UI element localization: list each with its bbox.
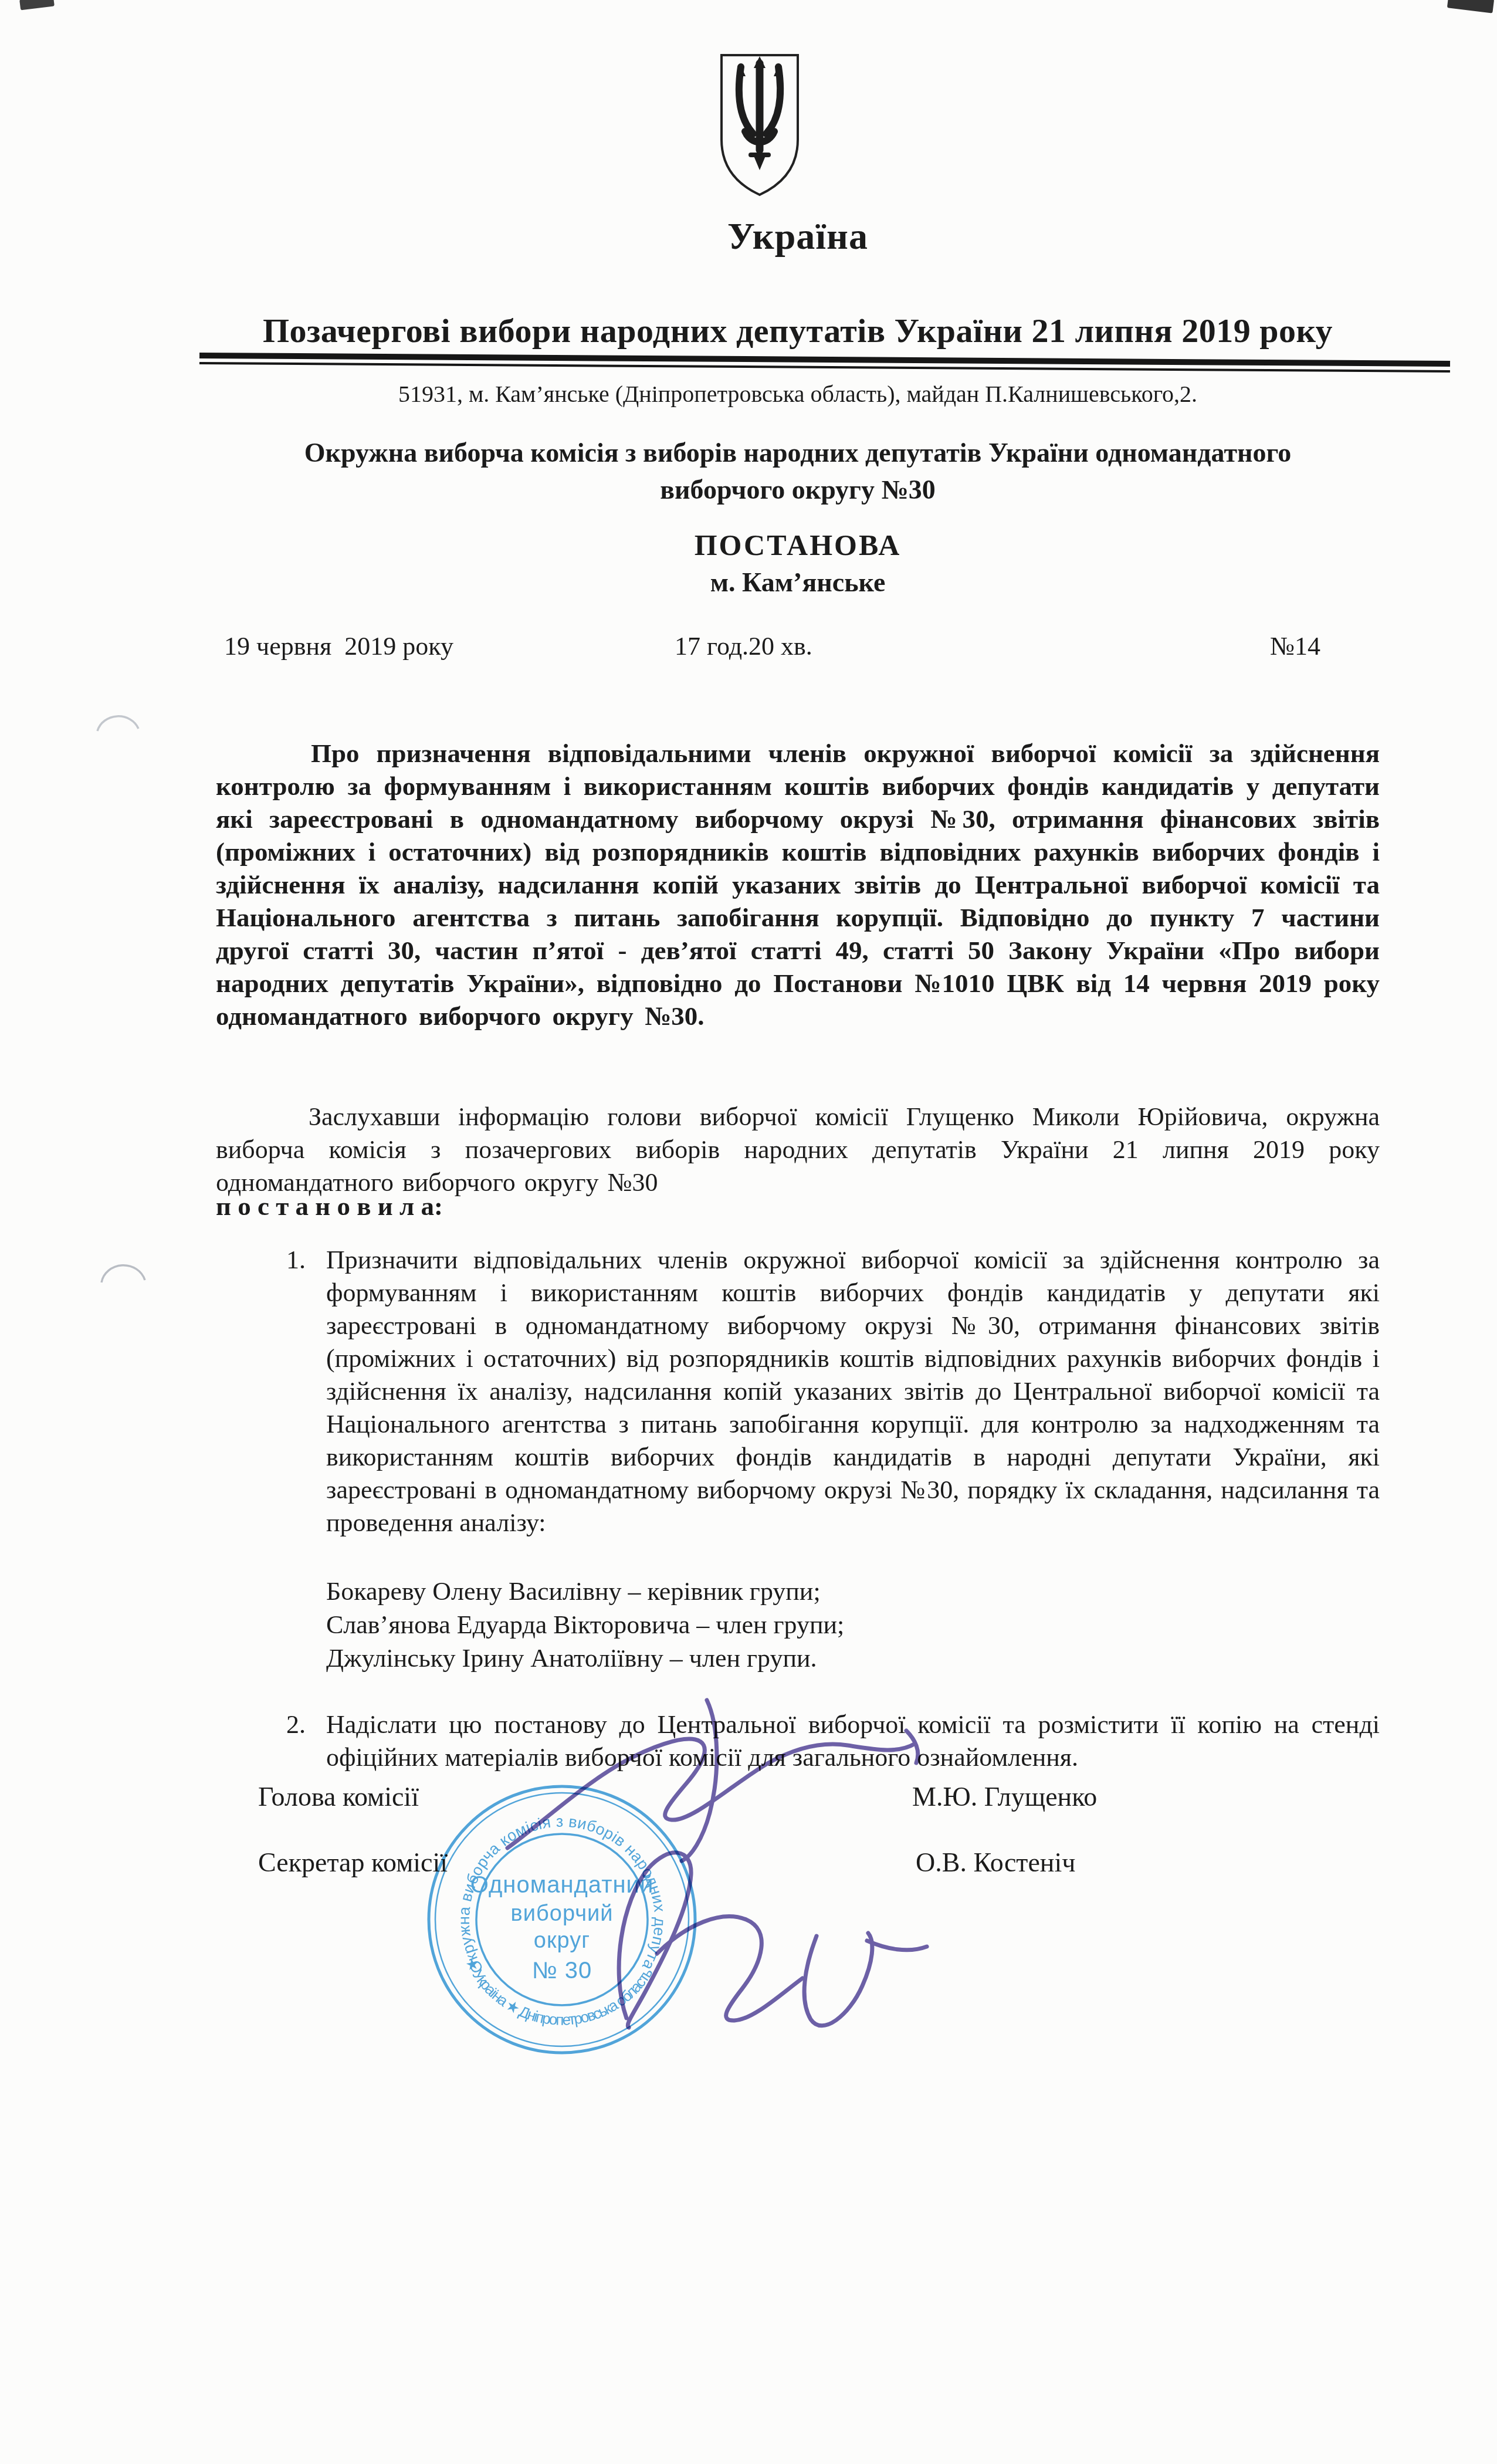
chair-signature — [507, 1700, 918, 1861]
secretary-signature — [619, 1853, 927, 2028]
handwritten-signatures — [0, 0, 1497, 2464]
